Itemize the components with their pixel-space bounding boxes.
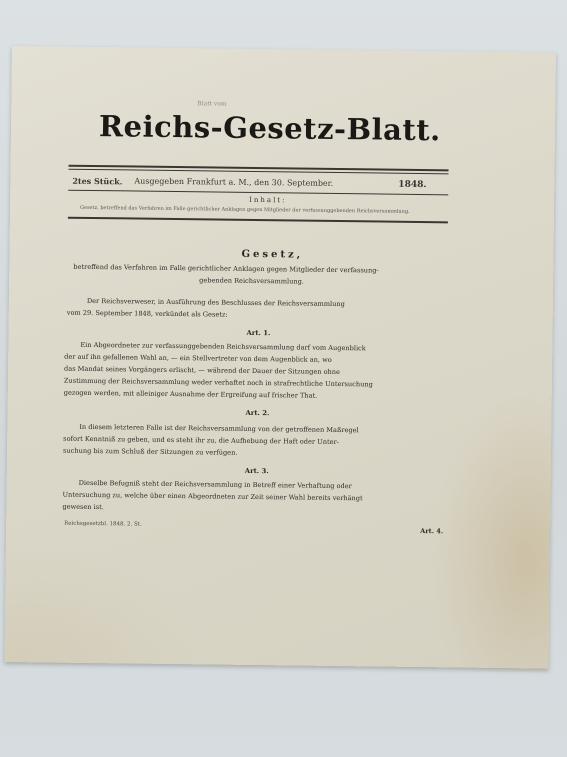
- document-page: Blatt vom Reichs-Gesetz-Blatt. 2tes Stüc…: [4, 46, 555, 669]
- issue-number: 2tes Stück.: [72, 176, 122, 187]
- law-subtitle-line: betreffend das Verfahren im Falle gerich…: [73, 263, 378, 275]
- article-line: Dieselbe Befugniß steht der Reichsversam…: [79, 479, 352, 490]
- document-title: Reichs-Gesetz-Blatt.: [99, 109, 441, 147]
- issue-year: 1848.: [398, 180, 426, 190]
- article-line: Ein Abgeordneter zur verfassunggebenden …: [80, 341, 366, 352]
- preamble-line: vom 29. September 1848, verkündet als Ge…: [67, 309, 228, 319]
- article-line: Untersuchung zu, welche über einen Abgeo…: [62, 491, 362, 503]
- issue-place-date: Ausgegeben Frankfurt a. M., den 30. Sept…: [134, 177, 333, 188]
- article-line: suchung bis zum Schluß der Sitzungen zu …: [63, 447, 237, 457]
- rule-bottom: [68, 217, 448, 224]
- article-line: gewesen ist.: [62, 503, 104, 512]
- law-heading: Gesetz,: [241, 249, 303, 261]
- article-label: Art. 3.: [245, 467, 269, 475]
- law-subtitle-line: gebenden Reichsversammlung.: [199, 276, 304, 285]
- article-line: Zustimmung der Reichsversammlung weder v…: [64, 377, 373, 389]
- article-line: In diesem letzteren Falle ist der Reichs…: [79, 423, 358, 434]
- footer-catchword: Art. 4.: [420, 527, 443, 535]
- preamble-line: Der Reichsverweser, in Ausführung des Be…: [87, 297, 345, 308]
- article-line: gezogen werden, mit alleiniger Ausnahme …: [64, 389, 318, 400]
- article-line: das Mandat seines Vorgängers erlischt, —…: [64, 365, 340, 376]
- rule-middle: [68, 190, 448, 196]
- article-label: Art. 2.: [245, 409, 269, 417]
- contents-heading: Inhalt:: [249, 196, 286, 204]
- article-label: Art. 1.: [246, 329, 270, 337]
- water-stain: [428, 391, 551, 672]
- article-line: sofort Kenntniß zu geben, und es steht i…: [63, 435, 339, 446]
- masthead-note: Blatt vom: [197, 100, 226, 107]
- article-line: der auf ihn gefallenen Wahl an, — ein St…: [64, 353, 332, 364]
- contents-text: Gesetz, betreffend das Verfahren im Fall…: [80, 205, 460, 216]
- age-stain: [4, 542, 205, 664]
- footer-signature: Reichsgesetzbl. 1848. 2. St.: [64, 521, 142, 528]
